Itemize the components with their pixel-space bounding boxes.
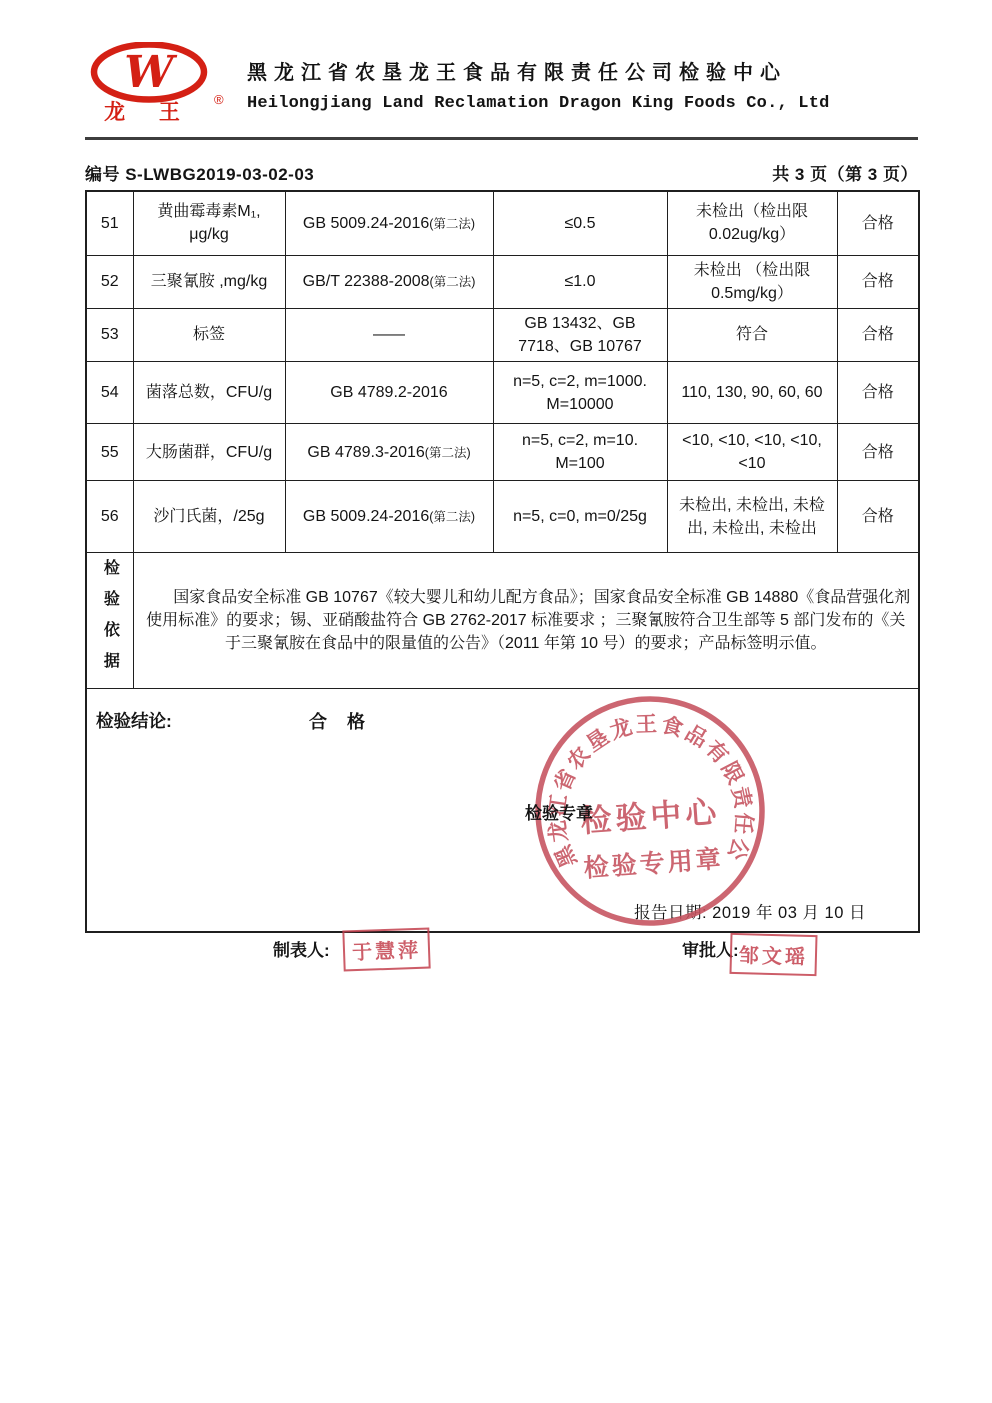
maker-label: 制表人:: [273, 936, 330, 961]
table-row: 53 标签 —— GB 13432、GB 7718、GB 10767 符合 合格: [86, 308, 919, 361]
dragon-king-logo-icon: W 龙 王 ®: [85, 42, 235, 124]
company-logo: W 龙 王 ®: [85, 42, 243, 129]
cell-item: 黄曲霉毒素M₁, μg/kg: [133, 191, 285, 255]
logo-letter: W: [124, 47, 178, 98]
cell-requirement: ≤1.0: [493, 255, 667, 308]
cell-conclusion: 合格: [837, 481, 919, 553]
company-title-en: Heilongjiang Land Reclamation Dragon Kin…: [247, 94, 918, 113]
stamp-bottom-text: 检验专用章: [583, 844, 725, 883]
table-row: 55 大肠菌群，CFU/g GB 4789.3-2016(第二法) n=5, c…: [86, 424, 919, 481]
report-number: 编号 S-LWBG2019-03-02-03: [85, 160, 314, 185]
standard-note: (第二法): [429, 510, 475, 524]
cell-item: 大肠菌群，CFU/g: [133, 424, 285, 481]
conclusion-label: 检验结论:: [96, 709, 172, 734]
cell-no: 56: [86, 481, 133, 553]
header-titles: 黑龙江省农垦龙王食品有限责任公司检验中心 Heilongjiang Land R…: [243, 42, 918, 113]
cell-result: 110, 130, 90, 60, 60: [667, 362, 837, 424]
registered-mark: ®: [214, 92, 224, 107]
conclusion-cell: 检验结论: 合 格 检验专章 黑龙江省农垦龙王食品有限责任公司 检验中心 检验专…: [86, 689, 919, 932]
company-title-cn: 黑龙江省农垦龙王食品有限责任公司检验中心: [247, 56, 918, 85]
cell-standard: GB 4789.3-2016(第二法): [285, 424, 493, 481]
cell-conclusion: 合格: [837, 308, 919, 361]
table-row: 51 黄曲霉毒素M₁, μg/kg GB 5009.24-2016(第二法) ≤…: [86, 191, 919, 255]
basis-label: 检验依据: [86, 553, 133, 689]
approver-name-stamp: 邹文瑶: [729, 933, 817, 976]
table-row: 52 三聚氰胺 ,mg/kg GB/T 22388-2008(第二法) ≤1.0…: [86, 255, 919, 308]
cell-no: 51: [86, 191, 133, 255]
maker-name-stamp: 于慧萍: [342, 927, 430, 971]
inspection-table: 51 黄曲霉毒素M₁, μg/kg GB 5009.24-2016(第二法) ≤…: [85, 190, 920, 933]
basis-text-cell: 国家食品安全标准 GB 10767《较大婴儿和幼儿配方食品》；国家食品安全标准 …: [133, 553, 919, 689]
standard-code: GB 5009.24-2016: [303, 215, 429, 232]
cell-result: 未检出 （检出限 0.5mg/kg）: [667, 255, 837, 308]
cell-conclusion: 合格: [837, 424, 919, 481]
cell-no: 55: [86, 424, 133, 481]
cell-requirement: n=5, c=2, m=10. M=100: [493, 424, 667, 481]
standard-note: (第二法): [429, 217, 475, 231]
logo-brand-text: 龙 王: [104, 100, 194, 124]
cell-item: 标签: [133, 308, 285, 361]
report-page: W 龙 王 ® 黑龙江省农垦龙王食品有限责任公司检验中心 Heilongjian…: [0, 0, 992, 1403]
cell-standard: GB 4789.2-2016: [285, 362, 493, 424]
signatures-row: 制表人: 于慧萍 审批人: 邹文瑶: [85, 928, 918, 984]
cell-requirement: GB 13432、GB 7718、GB 10767: [493, 308, 667, 361]
standard-note: (第二法): [425, 446, 471, 460]
cell-standard: ——: [285, 308, 493, 361]
basis-row: 检验依据 国家食品安全标准 GB 10767《较大婴儿和幼儿配方食品》；国家食品…: [86, 553, 919, 689]
cell-requirement: n=5, c=2, m=1000. M=10000: [493, 362, 667, 424]
stamp-center-text: 检验中心: [579, 794, 721, 839]
standard-code: GB 5009.24-2016: [303, 508, 429, 525]
cell-conclusion: 合格: [837, 255, 919, 308]
cell-item: 三聚氰胺 ,mg/kg: [133, 255, 285, 308]
basis-label-text: 检验依据: [98, 559, 121, 683]
table-row: 56 沙门氏菌，/25g GB 5009.24-2016(第二法) n=5, c…: [86, 481, 919, 553]
cell-item: 菌落总数，CFU/g: [133, 362, 285, 424]
stamp-note-label: 检验专章: [525, 802, 593, 827]
cell-requirement: n=5, c=0, m=0/25g: [493, 481, 667, 553]
cell-no: 52: [86, 255, 133, 308]
meta-row: 编号 S-LWBG2019-03-02-03 共 3 页（第 3 页）: [85, 160, 918, 185]
page-info: 共 3 页（第 3 页）: [772, 160, 918, 185]
cell-standard: GB/T 22388-2008(第二法): [285, 255, 493, 308]
conclusion-value: 合 格: [309, 709, 365, 735]
cell-item: 沙门氏菌，/25g: [133, 481, 285, 553]
conclusion-row: 检验结论: 合 格 检验专章 黑龙江省农垦龙王食品有限责任公司 检验中心 检验专…: [86, 689, 919, 932]
cell-standard: GB 5009.24-2016(第二法): [285, 481, 493, 553]
cell-requirement: ≤0.5: [493, 191, 667, 255]
cell-no: 53: [86, 308, 133, 361]
report-header: W 龙 王 ® 黑龙江省农垦龙王食品有限责任公司检验中心 Heilongjian…: [85, 42, 918, 140]
standard-note: (第二法): [430, 275, 476, 289]
basis-text: 国家食品安全标准 GB 10767《较大婴儿和幼儿配方食品》；国家食品安全标准 …: [146, 589, 910, 652]
standard-code: GB 4789.2-2016: [330, 384, 447, 401]
cell-result: <10, <10, <10, <10, <10: [667, 424, 837, 481]
cell-conclusion: 合格: [837, 362, 919, 424]
cell-result: 未检出, 未检出, 未检出, 未检出, 未检出: [667, 481, 837, 553]
standard-code: GB/T 22388-2008: [303, 273, 430, 290]
cell-result: 未检出（检出限 0.02ug/kg）: [667, 191, 837, 255]
cell-conclusion: 合格: [837, 191, 919, 255]
standard-code: GB 4789.3-2016: [307, 444, 424, 461]
cell-result: 符合: [667, 308, 837, 361]
table-row: 54 菌落总数，CFU/g GB 4789.2-2016 n=5, c=2, m…: [86, 362, 919, 424]
cell-no: 54: [86, 362, 133, 424]
cell-standard: GB 5009.24-2016(第二法): [285, 191, 493, 255]
